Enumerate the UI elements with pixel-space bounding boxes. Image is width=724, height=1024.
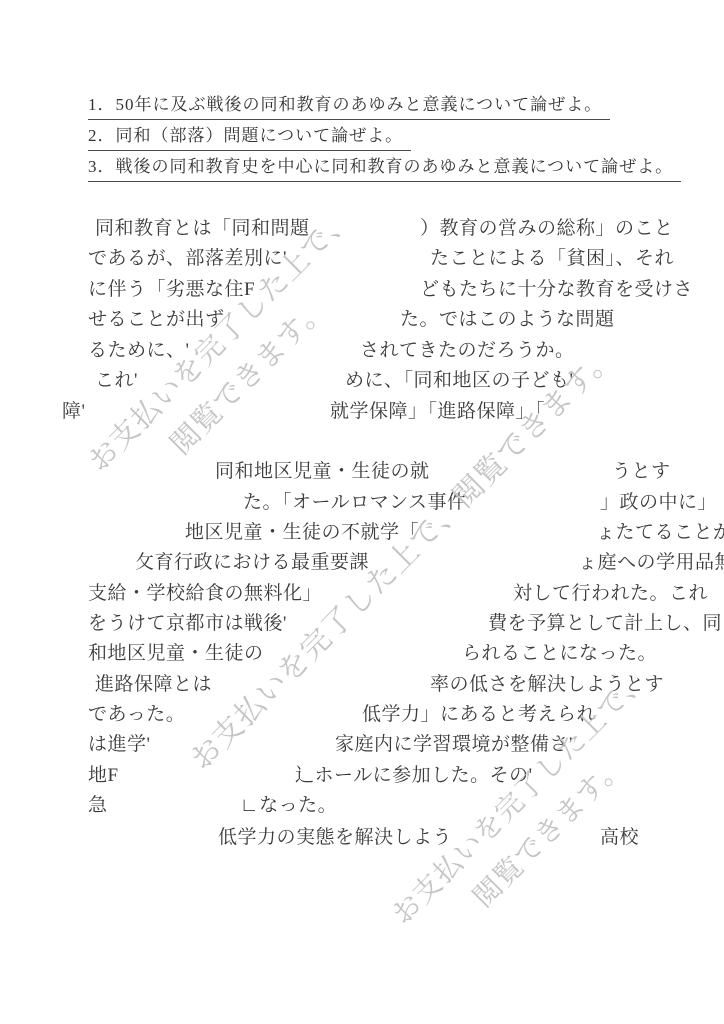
- document-text-fragment-left: 進路保障とは: [95, 669, 212, 696]
- document-text-fragment-right: 家庭内に学習環境が整備さ': [335, 729, 573, 756]
- document-text-fragment-left: 和地区児童・生徒の: [88, 638, 264, 665]
- document-text-fragment-left: に伴う「劣悪な住F: [88, 274, 255, 301]
- document-text-fragment-right: 辶ホールに参加した。その': [295, 760, 533, 787]
- document-text-fragment-right: ∟なった。: [240, 790, 337, 817]
- document-text-fragment-right: 対して行われた。これ: [513, 578, 708, 605]
- document-text-fragment-right: どもたちに十分な教育を受けさ: [420, 274, 693, 301]
- document-text-fragment-left: 障': [62, 396, 85, 423]
- document-text-fragment-left: 低学力の実態を解決しよう: [218, 822, 452, 849]
- document-text-fragment-left: 同和地区児童・生徒の就: [215, 456, 430, 483]
- document-text-fragment-right: 」政の中に」: [600, 487, 717, 514]
- document-page: 1．50年に及ぶ戦後の同和教育のあゆみと意義について論ぜよ。2．同和（部落）問題…: [0, 0, 724, 1024]
- document-text-fragment-right: めに、「同和地区の子ども': [345, 365, 573, 392]
- document-text-fragment-right: られることになった。: [462, 638, 657, 665]
- exam-question-2: 2．同和（部落）問題について論ぜよ。: [88, 121, 411, 151]
- document-text-fragment-left: 急: [88, 790, 108, 817]
- document-text-fragment-right: 就学保障」「進路保障」「: [330, 396, 545, 423]
- document-text-fragment-right: ょたてることが: [596, 517, 724, 544]
- document-text-fragment-left: 同和教育とは「同和問題: [95, 213, 310, 240]
- document-text-fragment-right: たことによる「貧困」、それ: [430, 243, 674, 270]
- document-text-fragment-right: た。ではこのような問題: [400, 304, 615, 331]
- document-text-fragment-left: せることが出ず: [88, 304, 225, 331]
- document-text-fragment-left: をうけて京都市は戦後': [88, 608, 287, 635]
- document-text-fragment-left: であるが、部落差別に': [88, 243, 287, 270]
- exam-question-3: 3．戦後の同和教育史を中心に同和教育のあゆみと意義について論ぜよ。: [88, 152, 681, 182]
- exam-question-1: 1．50年に及ぶ戦後の同和教育のあゆみと意義について論ぜよ。: [88, 90, 610, 120]
- document-text-fragment-right: ょ庭への学用品無料: [578, 547, 724, 574]
- document-text-fragment-right: 高校: [600, 822, 639, 849]
- document-text-fragment-left: 地区児童・生徒の不就学「: [185, 517, 419, 544]
- document-text-fragment-left: 地F: [88, 760, 119, 787]
- document-text-fragment-right: うとす: [612, 456, 671, 483]
- document-text-fragment-right: 率の低さを解決しようとす: [430, 669, 664, 696]
- document-text-fragment-right: されてきたのだろうか。: [360, 335, 575, 362]
- document-text-fragment-left: は進学': [88, 729, 150, 756]
- document-text-fragment-right: ）教育の営みの総称」のこと: [420, 213, 674, 240]
- document-text-fragment-left: 攵育行政における最重要課: [135, 547, 369, 574]
- document-text-fragment-left: るために、': [88, 335, 189, 362]
- document-text-fragment-left: これ': [95, 365, 138, 392]
- document-text-fragment-left: 支給・学校給食の無料化」: [88, 578, 322, 605]
- document-text-fragment-left: た。「オールロマンス事件: [243, 487, 467, 514]
- document-text-fragment-right: 費を予算として計上し、同: [488, 608, 722, 635]
- document-text-fragment-left: であった。: [88, 699, 185, 726]
- document-text-fragment-right: 低学力」にあると考えられ: [362, 699, 596, 726]
